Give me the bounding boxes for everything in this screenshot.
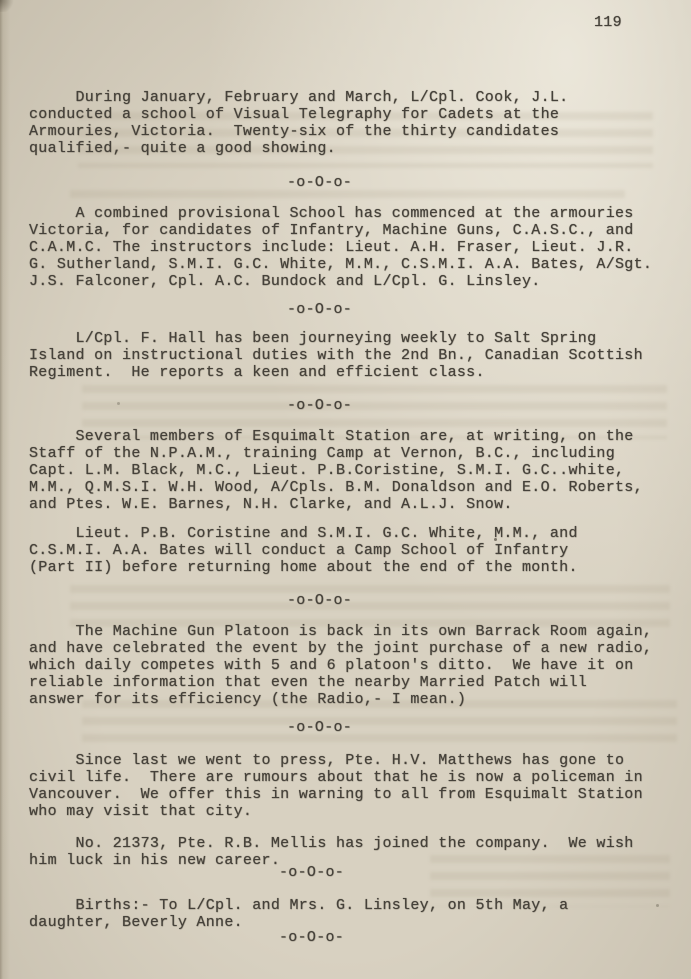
page-number: 119 xyxy=(594,14,622,31)
section-separator: -o-O-o- xyxy=(279,864,344,881)
paragraph-matthews-civil-life: Since last we went to press, Pte. H.V. M… xyxy=(29,752,643,820)
section-separator: -o-O-o- xyxy=(287,719,352,736)
paragraph-machine-gun-platoon: The Machine Gun Platoon is back in its o… xyxy=(29,623,652,708)
paragraph-vernon-camp: Several members of Esquimalt Station are… xyxy=(29,428,643,513)
section-separator: -o-O-o- xyxy=(287,592,352,609)
paragraph-telegraphy-school: During January, February and March, L/Cp… xyxy=(29,89,568,157)
paragraph-camp-school-infantry: Lieut. P.B. Coristine and S.M.I. G.C. Wh… xyxy=(29,525,578,576)
section-separator: -o-O-o- xyxy=(287,397,352,414)
paragraph-births: Births:- To L/Cpl. and Mrs. G. Linsley, … xyxy=(29,897,568,931)
ink-speck xyxy=(656,904,659,907)
paragraph-salt-spring: L/Cpl. F. Hall has been journeying weekl… xyxy=(29,330,643,381)
section-separator: -o-O-o- xyxy=(287,174,352,191)
scan-corner-smudge xyxy=(0,0,14,12)
ink-speck xyxy=(117,402,120,405)
paragraph-provisional-school: A combined provisional School has commen… xyxy=(29,205,652,290)
bleedthrough-stain xyxy=(70,190,625,205)
section-separator: -o-O-o- xyxy=(287,301,352,318)
section-separator: -o-O-o- xyxy=(279,929,344,946)
document-page: 119 During January, February and March, … xyxy=(0,0,691,979)
